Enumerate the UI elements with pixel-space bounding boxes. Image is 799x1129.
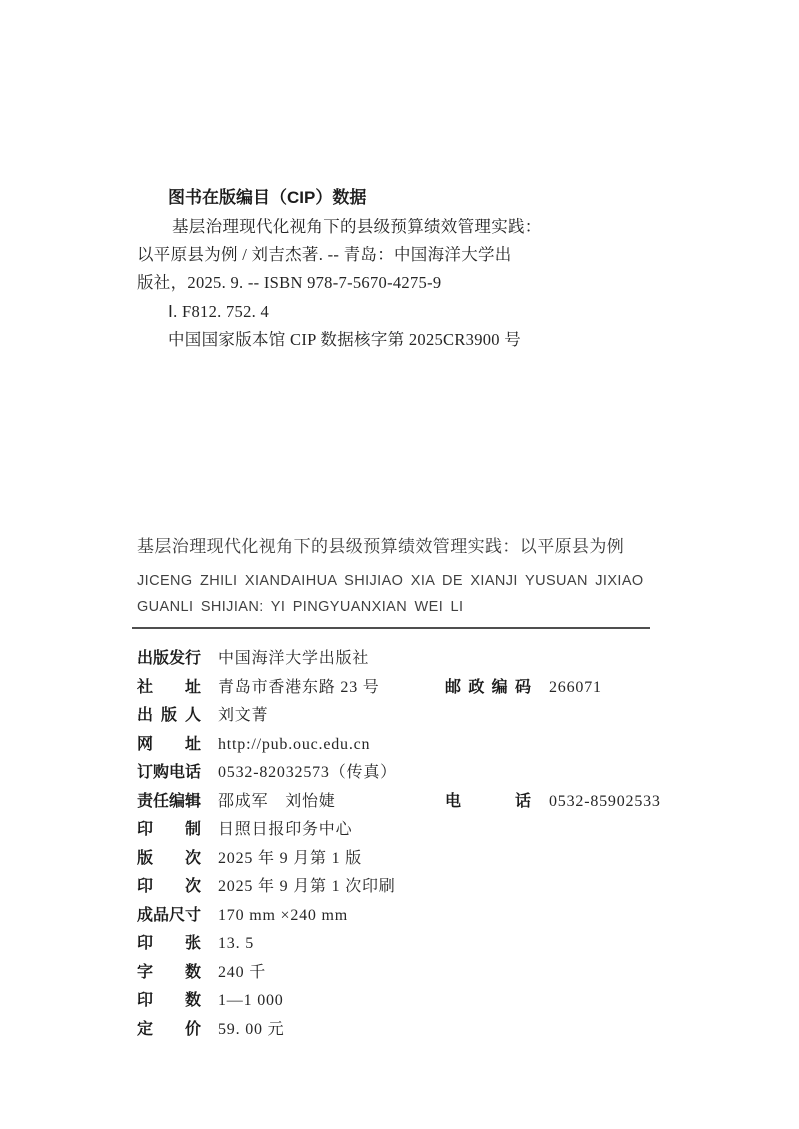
colophon-label: 电话 [445, 788, 531, 817]
colophon-row-printing: 印次2025 年 9 月第 1 次印刷 [137, 873, 697, 902]
colophon-label: 网址 [137, 731, 201, 760]
colophon-value: 青岛市香港东路 23 号 [218, 679, 380, 696]
colophon-row-publisher-person: 出版人刘文菁 [137, 702, 697, 731]
colophon-row-word-count: 字数240 千 [137, 959, 697, 988]
cip-line: 以平原县为例 / 刘吉杰著. -- 青岛：中国海洋大学出 [137, 241, 577, 269]
title-block: 基层治理现代化视角下的县级预算绩效管理实践：以平原县为例 JICENG ZHIL… [137, 536, 697, 620]
colophon-value: 0532-85902533 [549, 793, 661, 810]
colophon-row-printer: 印制日照日报印务中心 [137, 816, 697, 845]
colophon-label: 邮政编码 [445, 674, 531, 703]
colophon-value: 170 mm ×240 mm [218, 907, 348, 924]
colophon-row-order-phone: 订购电话0532-82032573（传真） [137, 759, 697, 788]
divider-rule [132, 627, 650, 629]
cip-line: Ⅰ. F812. 752. 4 [137, 298, 577, 326]
colophon-label: 版次 [137, 845, 201, 874]
colophon-value: 1—1 000 [218, 992, 284, 1009]
colophon-row-address: 社址青岛市香港东路 23 号 邮政编码266071 [137, 674, 697, 703]
colophon-label: 出版人 [137, 702, 201, 731]
book-title-pinyin-line1: JICENG ZHILI XIANDAIHUA SHIJIAO XIA DE X… [137, 568, 697, 594]
colophon-label: 定价 [137, 1016, 201, 1045]
cip-line: 版社，2025. 9. -- ISBN 978-7-5670-4275-9 [137, 269, 577, 297]
colophon-label: 责任编辑 [137, 788, 201, 817]
cip-line: 基层治理现代化视角下的县级预算绩效管理实践： [137, 213, 577, 241]
colophon-value: 240 千 [218, 964, 266, 981]
colophon-row-edition: 版次2025 年 9 月第 1 版 [137, 845, 697, 874]
colophon-value: 邵成军 刘怡婕 [218, 793, 336, 810]
colophon-value: 2025 年 9 月第 1 次印刷 [218, 878, 396, 895]
colophon-label: 社址 [137, 674, 201, 703]
colophon-value: 0532-82032573（传真） [218, 764, 397, 781]
colophon-value: 2025 年 9 月第 1 版 [218, 850, 362, 867]
colophon-label: 订购电话 [137, 759, 201, 788]
colophon-row-price: 定价59. 00 元 [137, 1016, 697, 1045]
colophon-value: 13. 5 [218, 935, 254, 952]
cip-heading: 图书在版编目（CIP）数据 [168, 184, 577, 213]
colophon-row-editors: 责任编辑邵成军 刘怡婕 电话0532-85902533 [137, 788, 697, 817]
colophon-label: 印张 [137, 930, 201, 959]
copyright-page: 图书在版编目（CIP）数据 基层治理现代化视角下的县级预算绩效管理实践： 以平原… [0, 0, 799, 1129]
colophon-row-size: 成品尺寸170 mm ×240 mm [137, 902, 697, 931]
colophon-label: 印次 [137, 873, 201, 902]
colophon-table: 出版发行中国海洋大学出版社 社址青岛市香港东路 23 号 邮政编码266071 … [137, 645, 697, 1044]
cip-block: 图书在版编目（CIP）数据 基层治理现代化视角下的县级预算绩效管理实践： 以平原… [137, 184, 577, 355]
colophon-row-sheets: 印张13. 5 [137, 930, 697, 959]
book-title-pinyin-line2: GUANLI SHIJIAN: YI PINGYUANXIAN WEI LI [137, 594, 697, 620]
book-title: 基层治理现代化视角下的县级预算绩效管理实践：以平原县为例 [137, 536, 697, 558]
colophon-label: 出版发行 [137, 645, 201, 674]
colophon-row-website: 网址http://pub.ouc.edu.cn [137, 731, 697, 760]
cip-line: 中国国家版本馆 CIP 数据核字第 2025CR3900 号 [137, 326, 577, 354]
colophon-label: 字数 [137, 959, 201, 988]
colophon-value: 日照日报印务中心 [218, 821, 352, 838]
colophon-right-group: 电话0532-85902533 [445, 788, 661, 817]
colophon-value: 中国海洋大学出版社 [218, 650, 369, 667]
colophon-value: 59. 00 元 [218, 1021, 284, 1038]
colophon-label: 印制 [137, 816, 201, 845]
colophon-label: 印数 [137, 987, 201, 1016]
colophon-value: 266071 [549, 679, 602, 696]
colophon-row-print-run: 印数1—1 000 [137, 987, 697, 1016]
colophon-label: 成品尺寸 [137, 902, 201, 931]
colophon-right-group: 邮政编码266071 [445, 674, 602, 703]
colophon-value: http://pub.ouc.edu.cn [218, 736, 370, 753]
colophon-row-publisher: 出版发行中国海洋大学出版社 [137, 645, 697, 674]
colophon-value: 刘文菁 [218, 707, 268, 724]
